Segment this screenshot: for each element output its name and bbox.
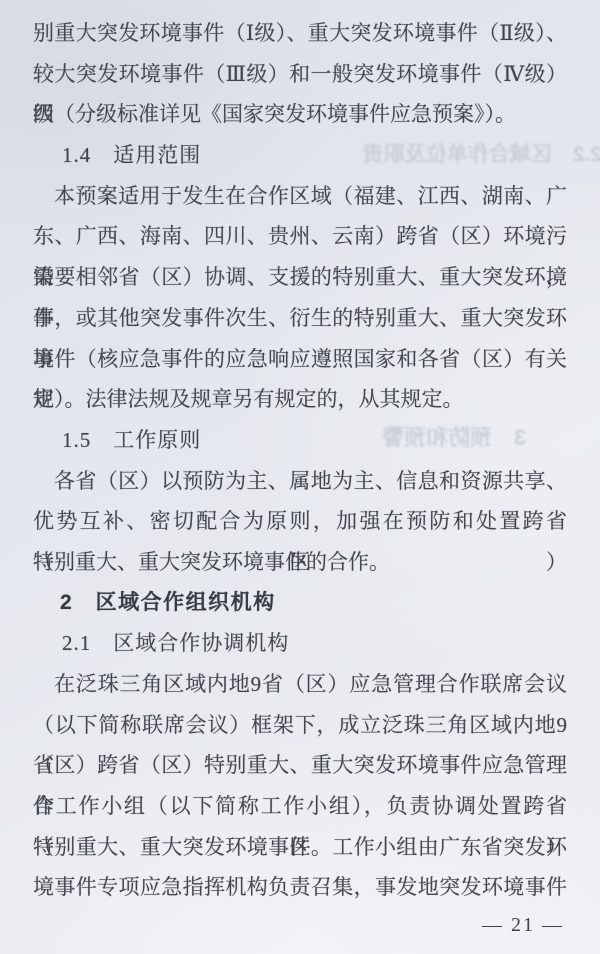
text-line: 需要相邻省（区）协调、支援的特别重大、重大突发环境事	[33, 257, 567, 298]
text-line: （以下简称联席会议）框架下，成立泛珠三角区域内地9省	[33, 705, 567, 746]
text-line: 件，或其他突发事件次生、衍生的特别重大、重大突发环境	[33, 298, 567, 339]
text-line: 较大突发环境事件（Ⅲ级）和一般突发环境事件（Ⅳ级）四	[33, 54, 567, 95]
subsection-heading: 1.4 适用范围	[33, 135, 567, 176]
text-line: 定）。法律法规及规章另有规定的，从其规定。	[33, 379, 567, 420]
text-line: 东、广西、海南、四川、贵州、云南）跨省（区）环境污染，	[33, 216, 567, 257]
page-number: — 21 —	[482, 914, 564, 937]
text-line: 本预案适用于发生在合作区域（福建、江西、湖南、广	[33, 176, 567, 217]
text-line: 各省（区）以预防为主、属地为主、信息和资源共享、	[33, 461, 567, 502]
text-line: 别重大突发环境事件（Ⅰ级）、重大突发环境事件（Ⅱ级）、	[33, 13, 567, 54]
text-line: 在泛珠三角区域内地9省（区）应急管理合作联席会议	[33, 664, 567, 705]
text-line: 级（分级标准详见《国家突发环境事件应急预案》）。	[33, 94, 567, 135]
text-line: 事件（核应急事件的应急响应遵照国家和各省（区）有关规	[33, 339, 567, 380]
text-line: （区）跨省（区）特别重大、重大突发环境事件应急管理合	[33, 745, 567, 786]
text-line: 境事件专项应急指挥机构负责召集，事发地突发环境事件	[33, 867, 567, 908]
text-line: 优势互补、密切配合为原则，加强在预防和处置跨省（区）	[33, 501, 567, 542]
text-block: 别重大突发环境事件（Ⅰ级）、重大突发环境事件（Ⅱ级）、 较大突发环境事件（Ⅲ级）…	[33, 13, 567, 908]
subsection-heading: 2.1 区域合作协调机构	[33, 623, 567, 664]
text-line: 作工作小组（以下简称工作小组），负责协调处置跨省（区）	[33, 786, 567, 827]
text-line: 特别重大、重大突发环境事件。工作小组由广东省突发环	[33, 827, 567, 868]
scanned-document-page: 2.2 区域合作单位及职责 3 预防和预警 别重大突发环境事件（Ⅰ级）、重大突发…	[0, 0, 600, 954]
subsection-heading: 1.5 工作原则	[33, 420, 567, 461]
section-heading: 2 区域合作组织机构	[33, 583, 567, 624]
